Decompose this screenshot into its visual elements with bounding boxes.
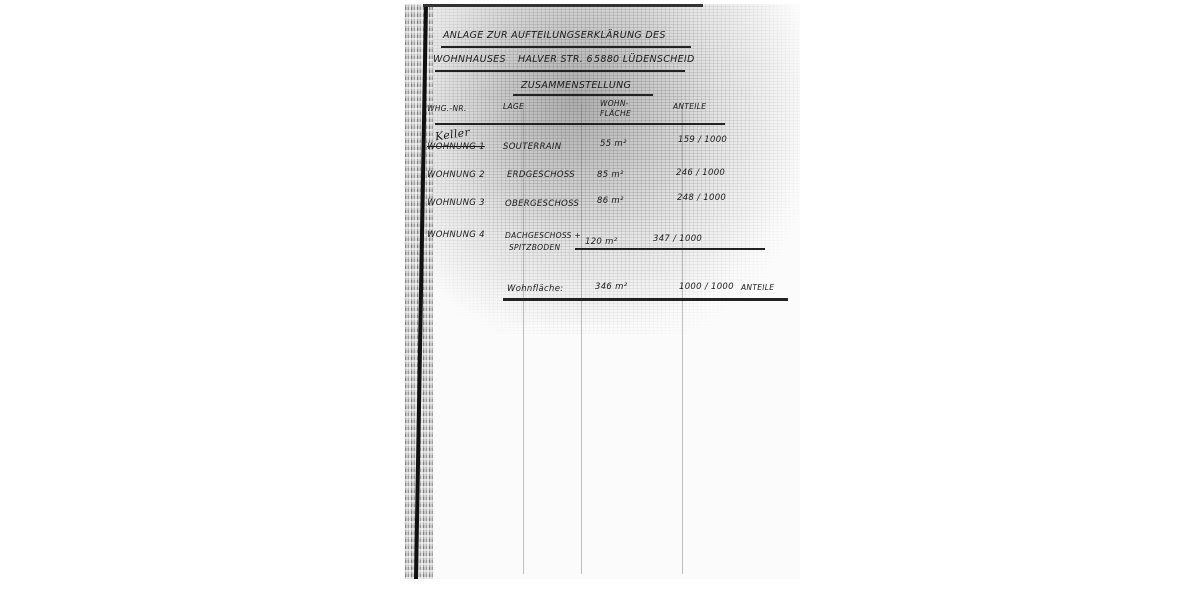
column-header-anteile: Anteile xyxy=(673,102,706,111)
total-label: Wohnfläche: xyxy=(507,284,563,294)
column-header-wohnung: Whg.-Nr. xyxy=(427,104,467,113)
row-3-anteile: 248 / 1000 xyxy=(677,193,726,203)
total-anteile-suffix: Anteile xyxy=(741,283,774,292)
row-4-lage: Dachgeschoss + xyxy=(505,231,581,240)
row-2-lage: Erdgeschoss xyxy=(507,170,575,180)
row-4-anteile: 347 / 1000 xyxy=(653,234,702,244)
column-header-flaeche-1: Wohn- xyxy=(600,99,629,108)
title-line-2-wohnhauses: Wohnhauses xyxy=(433,54,506,65)
row-3-wohnung: Wohnung 3 xyxy=(427,198,485,208)
row-4-lage-line-2: Spitzboden xyxy=(509,243,560,252)
total-anteile: 1000 / 1000 xyxy=(679,282,734,292)
scanned-document-page: Anlage zur Aufteilungserklärung des Wohn… xyxy=(405,4,800,579)
title-line-2-city: 5880 Lüdenscheid xyxy=(594,54,695,65)
row-4-wohnung: Wohnung 4 xyxy=(427,230,485,240)
column-header-lage: Lage xyxy=(503,102,524,111)
title-underline xyxy=(441,46,691,48)
row-2-anteile: 246 / 1000 xyxy=(676,168,725,178)
row-4-flaeche: 120 m² xyxy=(585,237,617,247)
row-1-flaeche: 55 m² xyxy=(600,139,627,149)
total-double-underline xyxy=(503,298,788,301)
column-header-flaeche-2: fläche xyxy=(600,109,631,118)
row-1-wohnung-struck: Wohnung 1 xyxy=(427,142,485,152)
row-1-anteile: 159 / 1000 xyxy=(678,135,727,145)
row-2-wohnung: Wohnung 2 xyxy=(427,170,485,180)
title-underline-2 xyxy=(435,70,685,72)
row-2-flaeche: 85 m² xyxy=(597,170,624,180)
row-3-lage: Obergeschoss xyxy=(505,199,579,209)
row-3-flaeche: 86 m² xyxy=(597,196,624,206)
column-rule xyxy=(581,104,582,574)
row-1-lage: Souterrain xyxy=(503,142,561,152)
subtitle-underline xyxy=(513,94,653,96)
header-separator xyxy=(435,123,725,125)
sum-line xyxy=(575,248,765,250)
title-line-2-address: Halver Str. 6 xyxy=(518,54,593,65)
top-edge-line xyxy=(423,4,703,7)
subtitle-zusammenstellung: Zusammenstellung xyxy=(521,80,631,91)
total-flaeche: 346 m² xyxy=(595,282,627,292)
title-line-1: Anlage zur Aufteilungserklärung des xyxy=(443,30,666,41)
